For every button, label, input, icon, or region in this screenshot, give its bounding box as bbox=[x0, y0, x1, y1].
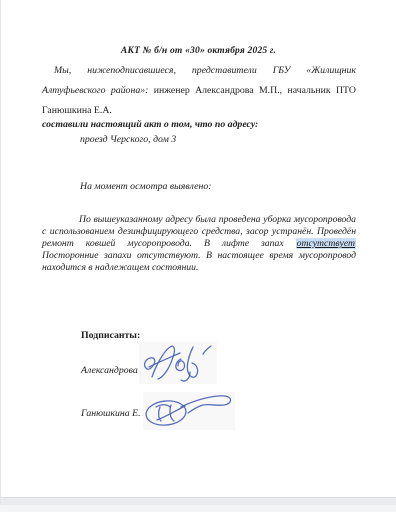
intro-paragraph: Мы, нижеподписавшиеся, представители ГБУ… bbox=[42, 61, 356, 121]
address-line: проезд Черского, дом 3 bbox=[80, 134, 176, 145]
handwritten-signature-ganyushkina bbox=[143, 392, 235, 430]
signatory-name: Ганюшкина Е. А. bbox=[81, 408, 151, 419]
page-bottom-edge bbox=[1, 497, 396, 505]
signatories-heading: Подписанты: bbox=[81, 330, 140, 341]
act-statement: составили настоящий акт о том, что по ад… bbox=[42, 119, 356, 130]
findings-text-after: Посторонние запахи отсутствуют. В настоя… bbox=[42, 250, 356, 273]
highlighted-word: отсутствует bbox=[296, 238, 356, 249]
findings-paragraph: По вышеуказанному адресу была проведена … bbox=[42, 214, 356, 274]
handwritten-signature-alexandrova bbox=[139, 342, 217, 384]
act-title: АКТ № б/н от «30» октября 2025 г. bbox=[1, 46, 396, 56]
document-page: АКТ № б/н от «30» октября 2025 г. Мы, ни… bbox=[0, 0, 396, 505]
inspection-heading: На момент осмотра выявлено: bbox=[80, 181, 211, 192]
